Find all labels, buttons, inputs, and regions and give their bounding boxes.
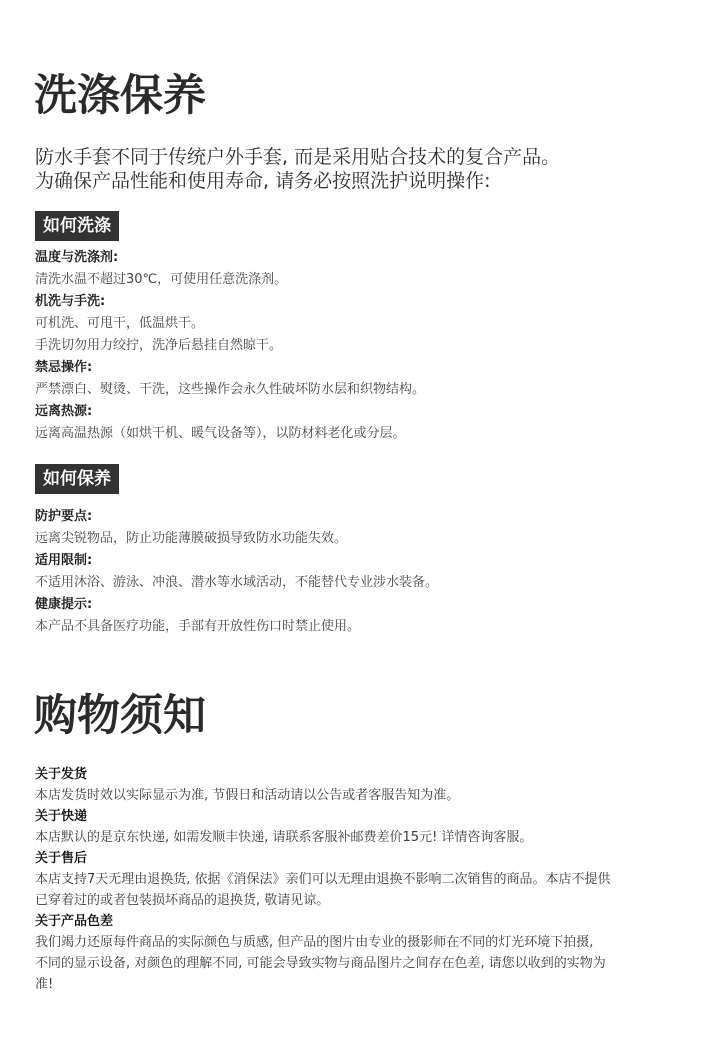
- maintain-item-label: 健康提示:: [35, 594, 675, 616]
- color-difference-text: 我们竭力还原每件商品的实际颜色与质感, 但产品的图片由专业的摄影师在不同的灯光环…: [35, 932, 675, 953]
- wash-item-text: 手洗切勿用力绞拧，洗净后悬挂自然晾干。: [35, 335, 675, 357]
- shipping-label: 关于发货: [35, 764, 675, 785]
- wash-item-text: 可机洗、可甩干，低温烘干。: [35, 313, 675, 335]
- maintain-item-text: 本产品不具备医疗功能，手部有开放性伤口时禁止使用。: [35, 616, 675, 638]
- wash-item-text: 严禁漂白、熨烫、干洗，这些操作会永久性破坏防水层和织物结构。: [35, 379, 675, 401]
- wash-item-label: 温度与洗涤剂:: [35, 247, 675, 269]
- after-sales-text: 本店支持7天无理由退换货, 依据《消保法》亲们可以无理由退换不影响二次销售的商品…: [35, 869, 675, 890]
- color-difference-text: 准!: [35, 974, 675, 995]
- maintain-item-text: 不适用沐浴、游泳、冲浪、潜水等水域活动，不能替代专业涉水装备。: [35, 572, 675, 594]
- courier-text: 本店默认的是京东快递, 如需发顺丰快递, 请联系客服补邮费差价15元! 详情咨询…: [35, 827, 675, 848]
- care-intro-line: 防水手套不同于传统户外手套, 而是采用贴合技术的复合产品。: [35, 145, 560, 169]
- maintain-heading-badge: 如何保养: [35, 464, 119, 494]
- maintain-item-label: 防护要点:: [35, 506, 675, 528]
- courier-label: 关于快递: [35, 806, 675, 827]
- wash-item-text: 远离高温热源（如烘干机、暖气设备等），以防材料老化或分层。: [35, 423, 675, 445]
- shipping-text: 本店发货时效以实际显示为准, 节假日和活动请以公告或者客服告知为准。: [35, 785, 675, 806]
- shopping-notice-title: 购物须知: [34, 692, 206, 740]
- color-difference-text: 不同的显示设备, 对颜色的理解不同, 可能会导致实物与商品图片之间存在色差, 请…: [35, 953, 675, 974]
- maintain-instructions: 防护要点: 远离尖锐物品，防止功能薄膜破损导致防水功能失效。 适用限制: 不适用…: [35, 506, 675, 638]
- color-difference-label: 关于产品色差: [35, 911, 675, 932]
- care-intro-line: 为确保产品性能和使用寿命, 请务必按照洗护说明操作:: [35, 169, 560, 193]
- wash-item-label: 远离热源:: [35, 401, 675, 423]
- after-sales-label: 关于售后: [35, 848, 675, 869]
- wash-item-label: 机洗与手洗:: [35, 291, 675, 313]
- wash-item-text: 清洗水温不超过30℃，可使用任意洗涤剂。: [35, 269, 675, 291]
- care-intro: 防水手套不同于传统户外手套, 而是采用贴合技术的复合产品。 为确保产品性能和使用…: [35, 145, 560, 193]
- wash-heading-badge: 如何洗涤: [35, 211, 119, 241]
- wash-instructions: 温度与洗涤剂: 清洗水温不超过30℃，可使用任意洗涤剂。 机洗与手洗: 可机洗、…: [35, 247, 675, 445]
- maintain-item-label: 适用限制:: [35, 550, 675, 572]
- wash-item-label: 禁忌操作:: [35, 357, 675, 379]
- shopping-notice-list: 关于发货 本店发货时效以实际显示为准, 节假日和活动请以公告或者客服告知为准。 …: [35, 764, 675, 995]
- maintain-item-text: 远离尖锐物品，防止功能薄膜破损导致防水功能失效。: [35, 528, 675, 550]
- after-sales-text: 已穿着过的或者包装损坏商品的退换货, 敬请见谅。: [35, 890, 675, 911]
- care-section-title: 洗涤保养: [34, 72, 206, 120]
